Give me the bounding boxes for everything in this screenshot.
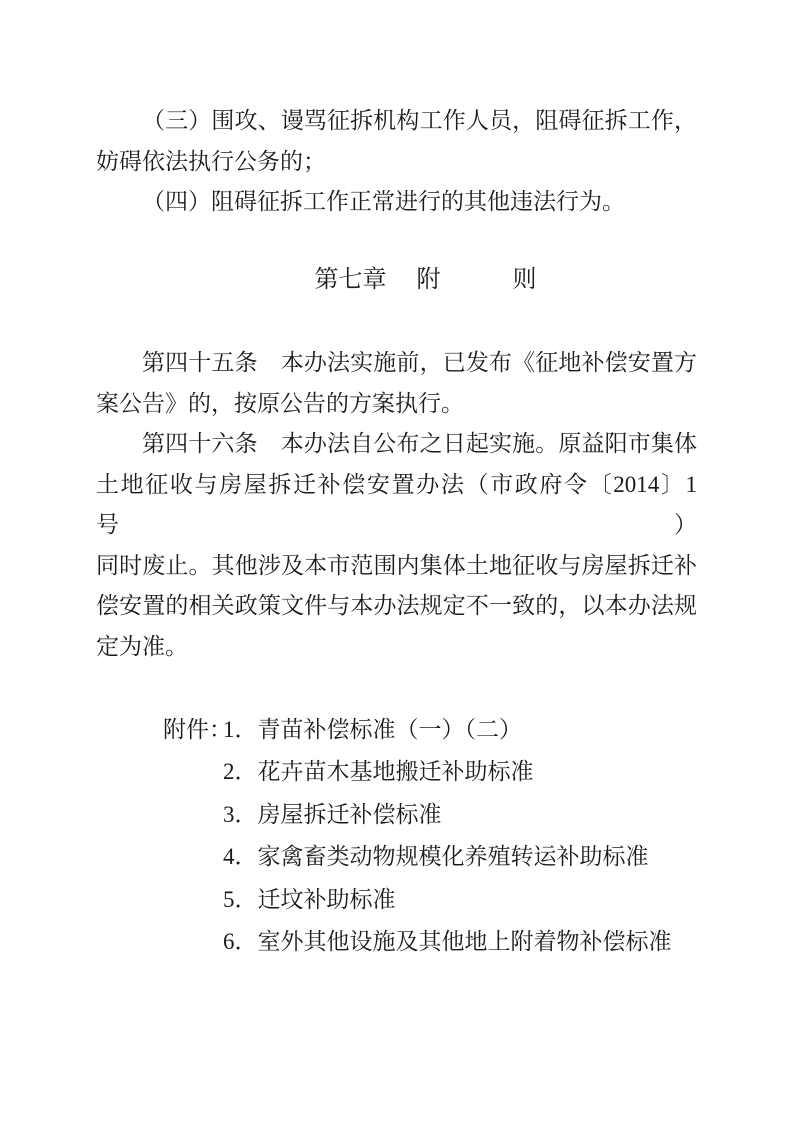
attachments-label-spacer (163, 921, 223, 963)
attachment-item-1: 1．青苗补偿标准（一）（二） (223, 709, 522, 751)
attachments-label-spacer (163, 879, 223, 921)
attachments-label-spacer (163, 751, 223, 793)
paragraph-item-3: （三）围攻、谩骂征拆机构工作人员，阻碍征拆工作， 妨碍依法执行公务的； (96, 101, 697, 182)
document-content: （三）围攻、谩骂征拆机构工作人员，阻碍征拆工作， 妨碍依法执行公务的； （四）阻… (96, 101, 697, 963)
attachment-row-3: 3．房屋拆迁补偿标准 (96, 794, 697, 836)
attachment-row-5: 5．迁坟补助标准 (96, 879, 697, 921)
article-46-line-1: 第四十六条 本办法自公布之日起实施。原益阳市集体 (96, 424, 697, 465)
attachments-label-spacer (163, 836, 223, 878)
attachments-list: 附件： 1．青苗补偿标准（一）（二） 2．花卉苗木基地搬迁补助标准 3．房屋拆迁… (96, 709, 697, 963)
paragraph-article-46: 第四十六条 本办法自公布之日起实施。原益阳市集体 土地征收与房屋拆迁补偿安置办法… (96, 424, 697, 667)
attachment-row-4: 4．家禽畜类动物规模化养殖转运补助标准 (96, 836, 697, 878)
article-45-line-1: 第四十五条 本办法实施前，已发布《征地补偿安置方 (96, 343, 697, 384)
attachment-item-4: 4．家禽畜类动物规模化养殖转运补助标准 (223, 836, 649, 878)
document-page: （三）围攻、谩骂征拆机构工作人员，阻碍征拆工作， 妨碍依法执行公务的； （四）阻… (0, 0, 793, 1122)
paragraph-item-4: （四）阻碍征拆工作正常进行的其他违法行为。 (96, 182, 697, 223)
paragraph-item-4-line-1: （四）阻碍征拆工作正常进行的其他违法行为。 (96, 182, 697, 223)
article-46-line-3: 同时废止。其他涉及本市范围内集体土地征收与房屋拆迁补 (96, 546, 697, 587)
attachment-item-5: 5．迁坟补助标准 (223, 879, 396, 921)
article-46-line-5: 定为准。 (96, 627, 697, 668)
attachment-item-3: 3．房屋拆迁补偿标准 (223, 794, 442, 836)
article-46-line-2: 土地征收与房屋拆迁补偿安置办法（市政府令〔2014〕1 号） (96, 465, 697, 546)
paragraph-item-3-line-2: 妨碍依法执行公务的； (96, 142, 697, 183)
attachments-label-spacer (163, 794, 223, 836)
paragraph-item-3-line-1: （三）围攻、谩骂征拆机构工作人员，阻碍征拆工作， (96, 101, 697, 142)
attachment-row-1: 附件： 1．青苗补偿标准（一）（二） (96, 709, 697, 751)
attachment-row-2: 2．花卉苗木基地搬迁补助标准 (96, 751, 697, 793)
attachment-item-6: 6．室外其他设施及其他地上附着物补偿标准 (223, 921, 672, 963)
chapter-heading: 第七章 附 则 (96, 260, 697, 301)
attachment-row-6: 6．室外其他设施及其他地上附着物补偿标准 (96, 921, 697, 963)
attachment-item-2: 2．花卉苗木基地搬迁补助标准 (223, 751, 534, 793)
paragraph-article-45: 第四十五条 本办法实施前，已发布《征地补偿安置方 案公告》的，按原公告的方案执行… (96, 343, 697, 424)
article-46-line-4: 偿安置的相关政策文件与本办法规定不一致的，以本办法规 (96, 586, 697, 627)
attachments-label: 附件： (163, 709, 223, 751)
article-45-line-2: 案公告》的，按原公告的方案执行。 (96, 384, 697, 425)
